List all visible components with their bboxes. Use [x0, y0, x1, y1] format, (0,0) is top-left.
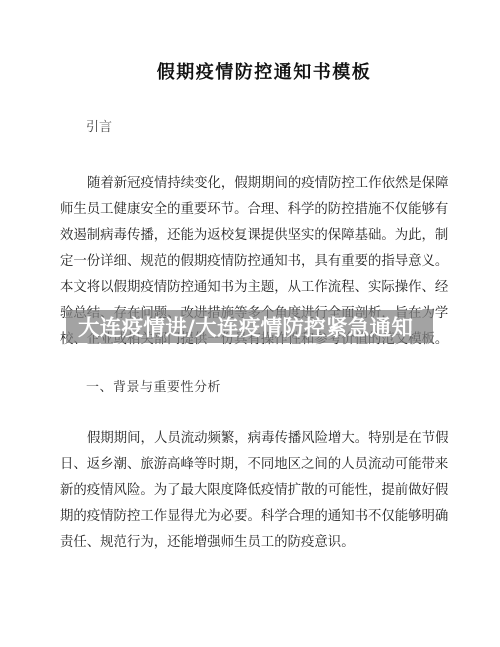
- paragraph-line: 日、返乡潮、旅游高峰等时期，不同地区之间的人员流动可能带来: [60, 452, 440, 478]
- overlay-banner: 大连疫情进/大连疫情防控紧急通知: [66, 310, 433, 343]
- paragraph-line: 定一份详细、规范的假期疫情防控通知书，具有重要的指导意义。: [60, 249, 440, 275]
- document-title: 假期疫情防控通知书模板: [0, 61, 500, 85]
- paragraph-line: 随着新冠疫情持续变化，假期期间的疫情防控工作依然是保障: [60, 171, 440, 197]
- paragraph-line: 师生员工健康安全的重要环节。合理、科学的防控措施不仅能够有: [60, 197, 440, 223]
- overlay-banner-text: 大连疫情进/大连疫情防控紧急通知: [78, 311, 413, 342]
- intro-label: 引言: [86, 119, 112, 137]
- paragraph-line: 本文将以假期疫情防控通知书为主题，从工作流程、实际操作、经: [60, 275, 440, 301]
- section-heading: 一、背景与重要性分析: [86, 379, 221, 397]
- paragraph-line: 新的疫情风险。为了最大限度降低疫情扩散的可能性，提前做好假: [60, 478, 440, 504]
- document-page: 假期疫情防控通知书模板 引言 随着新冠疫情持续变化，假期期间的疫情防控工作依然是…: [0, 0, 500, 647]
- paragraph-line: 期的疫情防控工作显得尤为必要。科学合理的通知书不仅能够明确: [60, 504, 440, 530]
- paragraph-line: 假期期间，人员流动频繁，病毒传播风险增大。特别是在节假: [60, 426, 440, 452]
- paragraph-line: 效遏制病毒传播，还能为返校复课提供坚实的保障基础。为此，制: [60, 223, 440, 249]
- section-1-paragraph: 假期期间，人员流动频繁，病毒传播风险增大。特别是在节假 日、返乡潮、旅游高峰等时…: [60, 426, 440, 556]
- paragraph-line: 责任、规范行为，还能增强师生员工的防疫意识。: [60, 530, 440, 556]
